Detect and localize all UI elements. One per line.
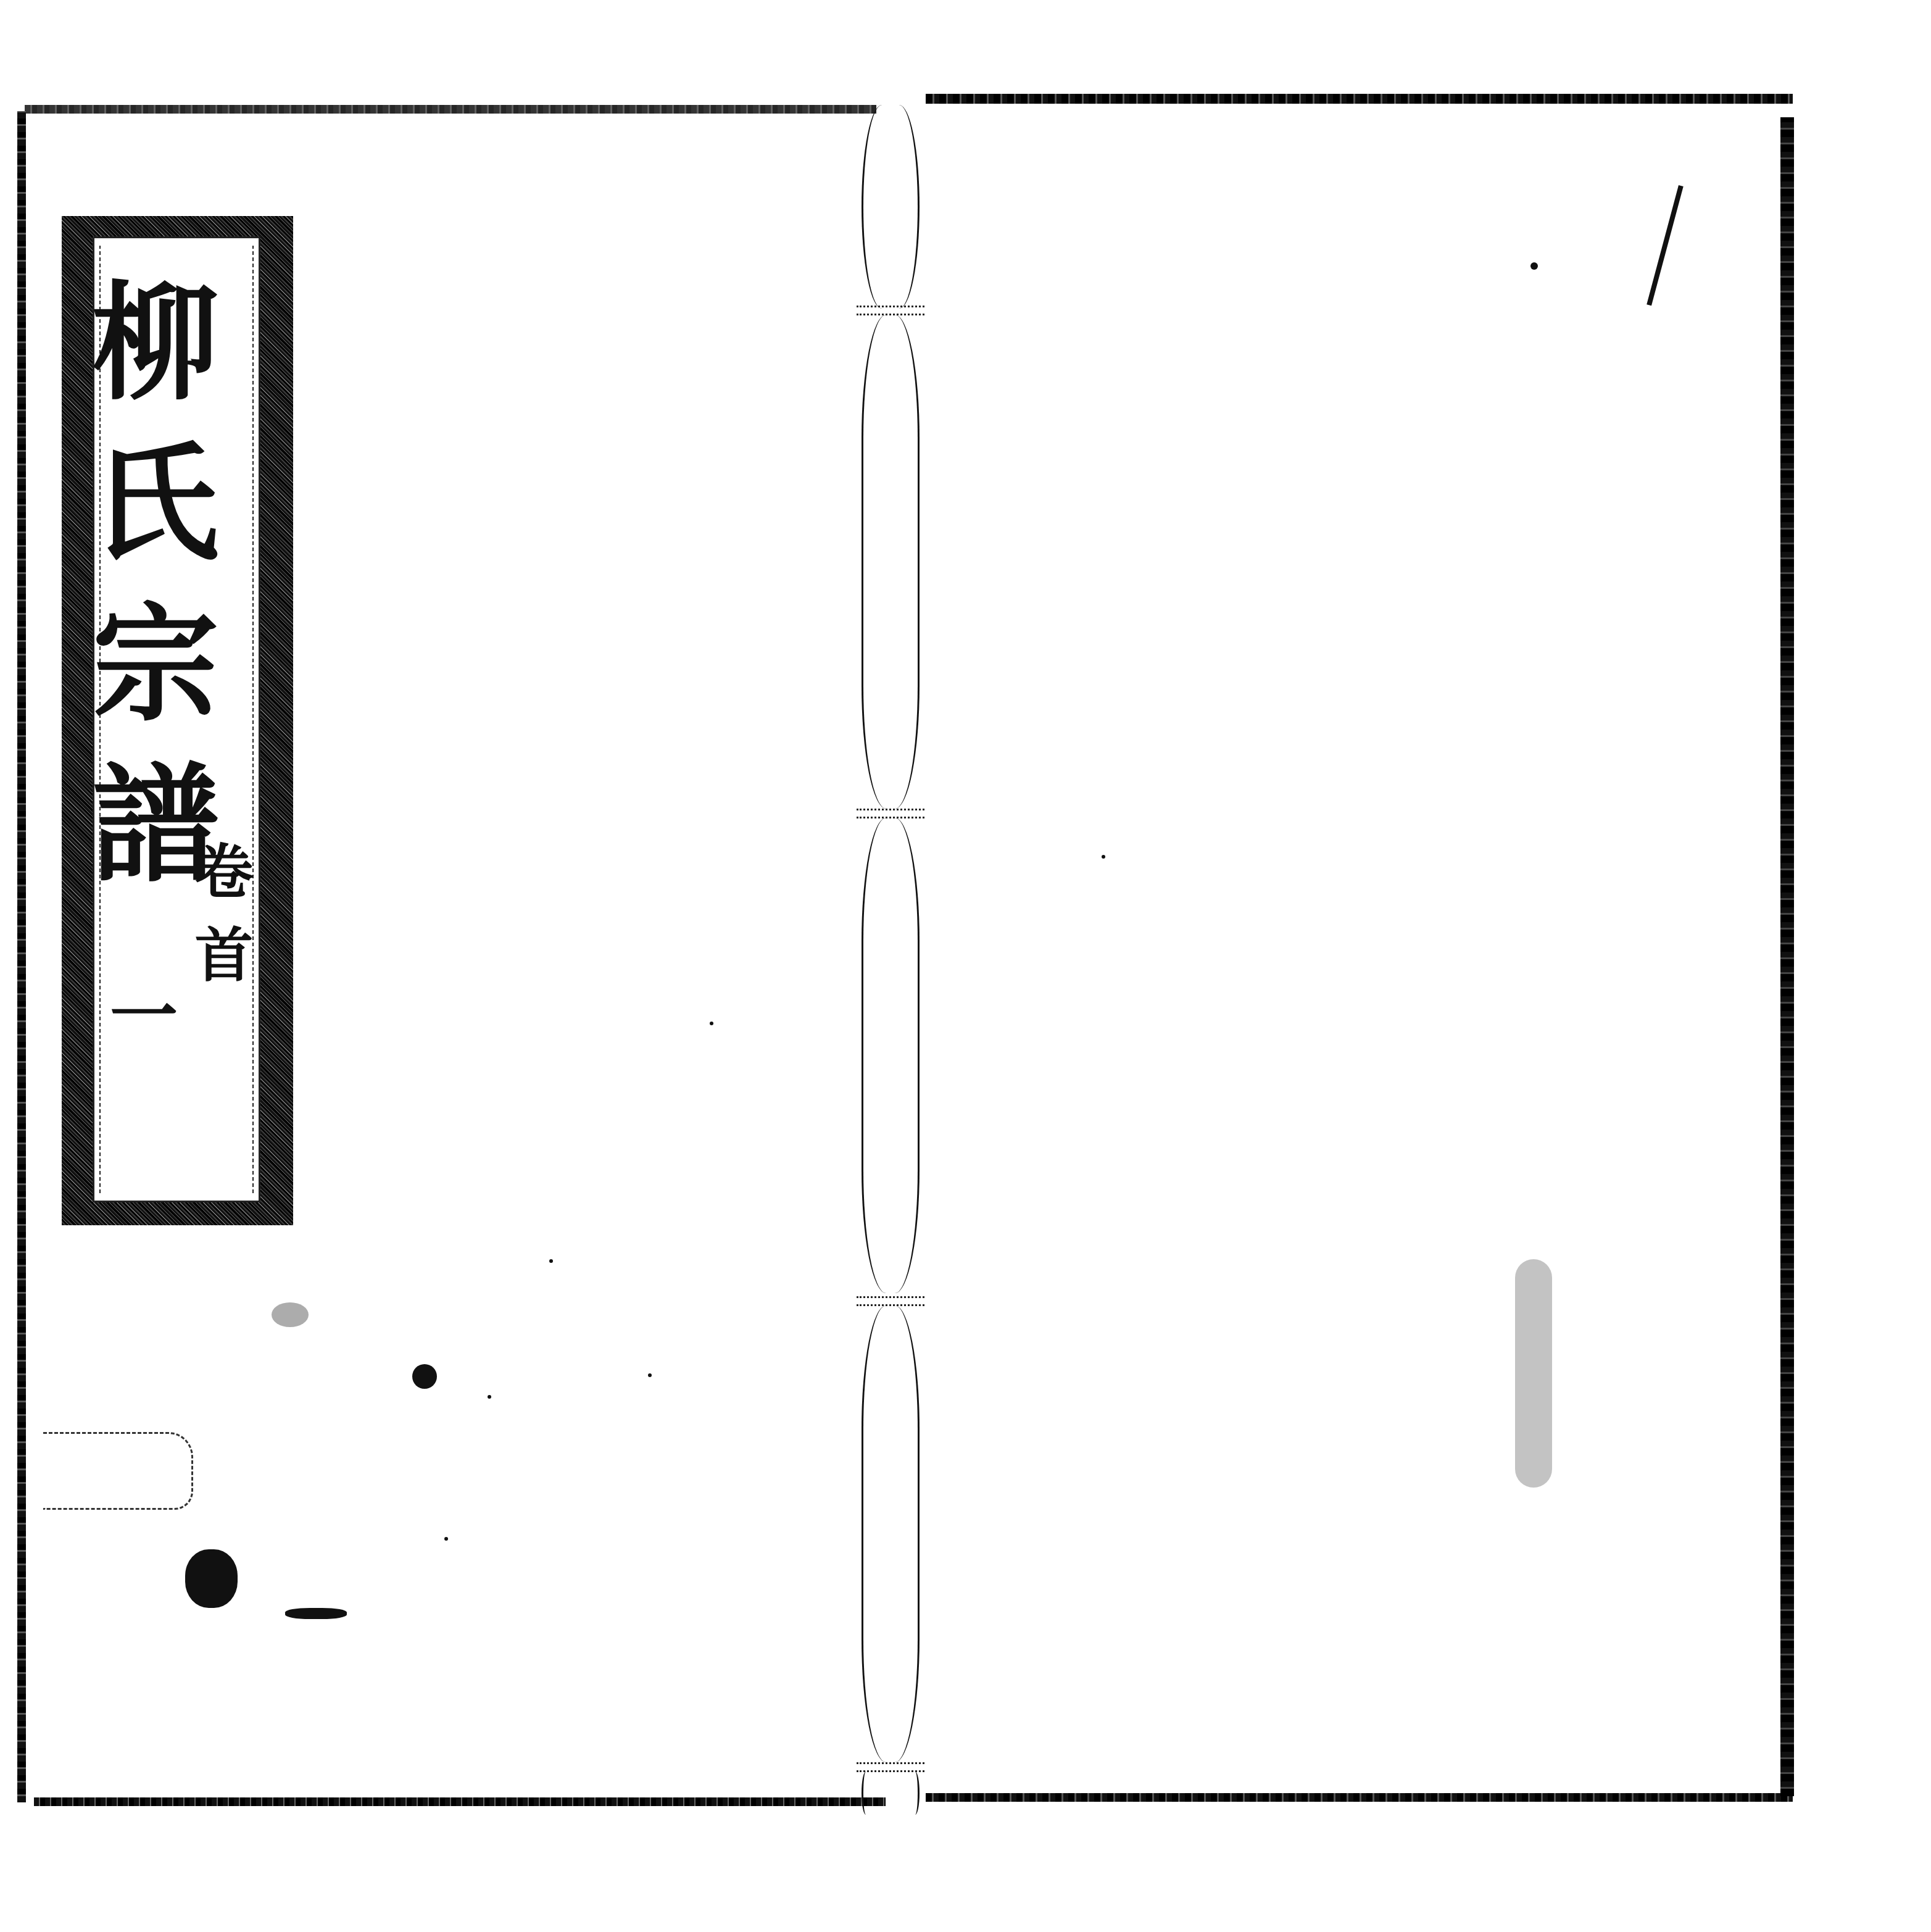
volume-section: 卷 首 xyxy=(193,831,255,997)
ink-speck xyxy=(1530,262,1538,270)
book-title: 柳 氏 宗 譜 xyxy=(103,263,208,905)
paper-crack xyxy=(1647,185,1683,306)
ink-stain xyxy=(185,1549,238,1608)
spine-cord xyxy=(862,315,920,809)
paper-tear xyxy=(43,1432,193,1510)
spine-cord xyxy=(862,818,920,1293)
cover-title-label: 柳 氏 宗 譜 卷 首 一 xyxy=(62,216,293,1225)
ink-speck xyxy=(444,1537,448,1541)
ink-smear xyxy=(285,1608,347,1619)
volume-section-char: 首 xyxy=(194,914,253,997)
ink-stain xyxy=(412,1364,437,1389)
spine-cord xyxy=(862,1772,920,1815)
title-label-panel: 柳 氏 宗 譜 卷 首 一 xyxy=(93,236,260,1202)
spine-cord xyxy=(862,1305,920,1762)
ink-speck xyxy=(549,1259,553,1263)
ink-speck xyxy=(648,1373,652,1377)
page-edge-top-left xyxy=(25,105,876,114)
faint-stain xyxy=(1515,1259,1552,1488)
book-spine xyxy=(857,93,924,1809)
volume-section-char: 卷 xyxy=(194,831,253,914)
ink-speck xyxy=(488,1395,491,1399)
title-char: 柳 xyxy=(93,263,219,423)
ink-speck xyxy=(710,1022,713,1025)
spine-binding-tie xyxy=(857,1296,924,1306)
title-char: 宗 xyxy=(93,584,219,744)
volume-number: 一 xyxy=(107,979,181,1053)
book-scan: 柳 氏 宗 譜 卷 首 一 xyxy=(0,0,1931,1932)
page-edge-bottom-left xyxy=(34,1797,886,1806)
volume-number-char: 一 xyxy=(110,979,178,1053)
page-edge-left xyxy=(17,111,26,1802)
spine-binding-tie xyxy=(857,1762,924,1772)
spine-binding-tie xyxy=(857,809,924,818)
ink-speck xyxy=(1102,855,1105,859)
spine-binding-tie xyxy=(857,306,924,315)
page-edge-bottom-right xyxy=(926,1793,1793,1802)
page-edge-top-right xyxy=(926,94,1793,104)
spine-cord xyxy=(862,105,920,309)
page-edge-right xyxy=(1780,117,1794,1796)
title-char: 氏 xyxy=(93,423,219,584)
faint-stain xyxy=(272,1302,309,1327)
label-inner-rule xyxy=(252,246,254,1193)
